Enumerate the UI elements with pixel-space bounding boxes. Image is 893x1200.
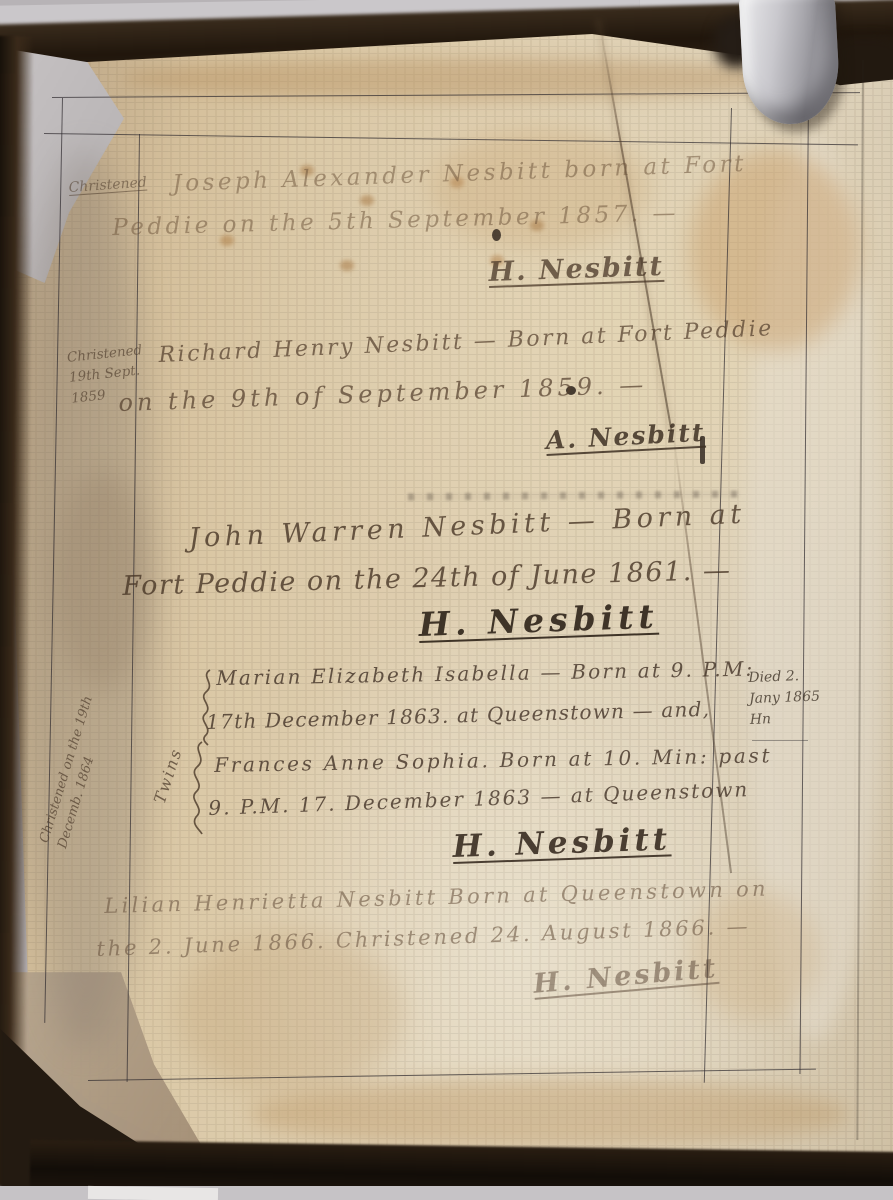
died-note-underline bbox=[752, 740, 808, 741]
entry4-signature: H. Nesbitt bbox=[452, 820, 672, 866]
entry1-signature: H. Nesbitt bbox=[488, 250, 665, 290]
entry3-signature: H. Nesbitt bbox=[418, 596, 659, 646]
photograph-of-baptismal-register-page: Christened Joseph Alexander Nesbitt born… bbox=[0, 0, 893, 1200]
twins-brace-lower bbox=[186, 740, 210, 836]
table-surface-bottom-highlight bbox=[88, 1186, 218, 1200]
margin-note-died: Died 2. Jany 1865 Hn bbox=[748, 665, 836, 731]
stain-bottom-band bbox=[250, 1078, 850, 1150]
